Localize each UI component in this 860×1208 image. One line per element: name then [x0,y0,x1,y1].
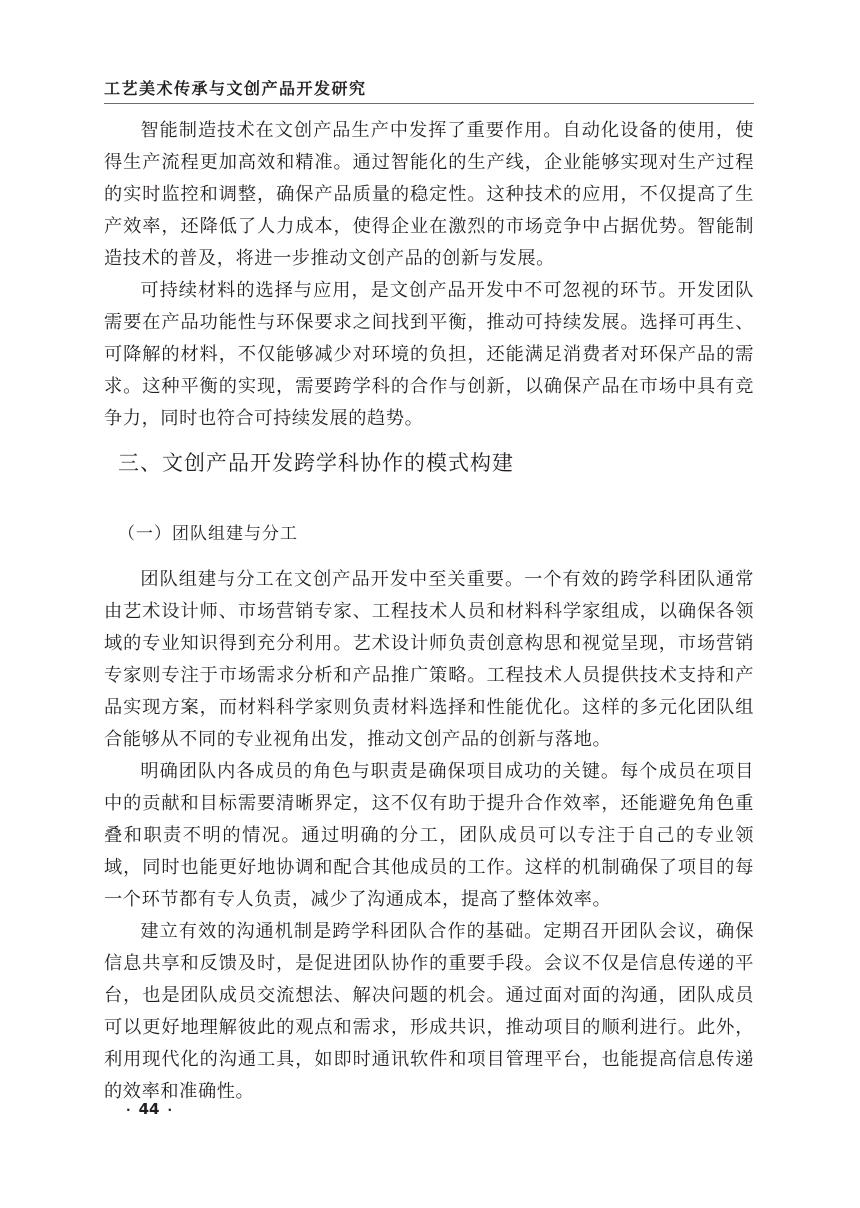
section-heading: 三、文创产品开发跨学科协作的模式构建 [118,447,514,477]
text-block-2: 团队组建与分工在文创产品开发中至关重要。一个有效的跨学科团队通常由艺术设计师、市… [104,564,754,1108]
paragraph-team-formation: 团队组建与分工在文创产品开发中至关重要。一个有效的跨学科团队通常由艺术设计师、市… [104,564,754,756]
running-head: 工艺美术传承与文创产品开发研究 [104,76,367,99]
subsection-heading: （一）团队组建与分工 [118,519,298,544]
text-block-1: 智能制造技术在文创产品生产中发挥了重要作用。自动化设备的使用，使得生产流程更加高… [104,115,754,435]
page-number: ·44· [118,1100,180,1118]
paragraph-sustainable-materials: 可持续材料的选择与应用，是文创产品开发中不可忽视的环节。开发团队需要在产品功能性… [104,275,754,435]
page-number-value: 44 [139,1100,160,1118]
paragraph-smart-manufacturing: 智能制造技术在文创产品生产中发挥了重要作用。自动化设备的使用，使得生产流程更加高… [104,115,754,275]
folio-dot-right: · [167,1103,172,1117]
folio-dot-left: · [126,1103,131,1117]
paragraph-communication-mechanism: 建立有效的沟通机制是跨学科团队合作的基础。定期召开团队会议，确保信息共享和反馈及… [104,916,754,1108]
header-rule [104,103,754,104]
paragraph-roles-responsibilities: 明确团队内各成员的角色与职责是确保项目成功的关键。每个成员在项目中的贡献和目标需… [104,756,754,916]
